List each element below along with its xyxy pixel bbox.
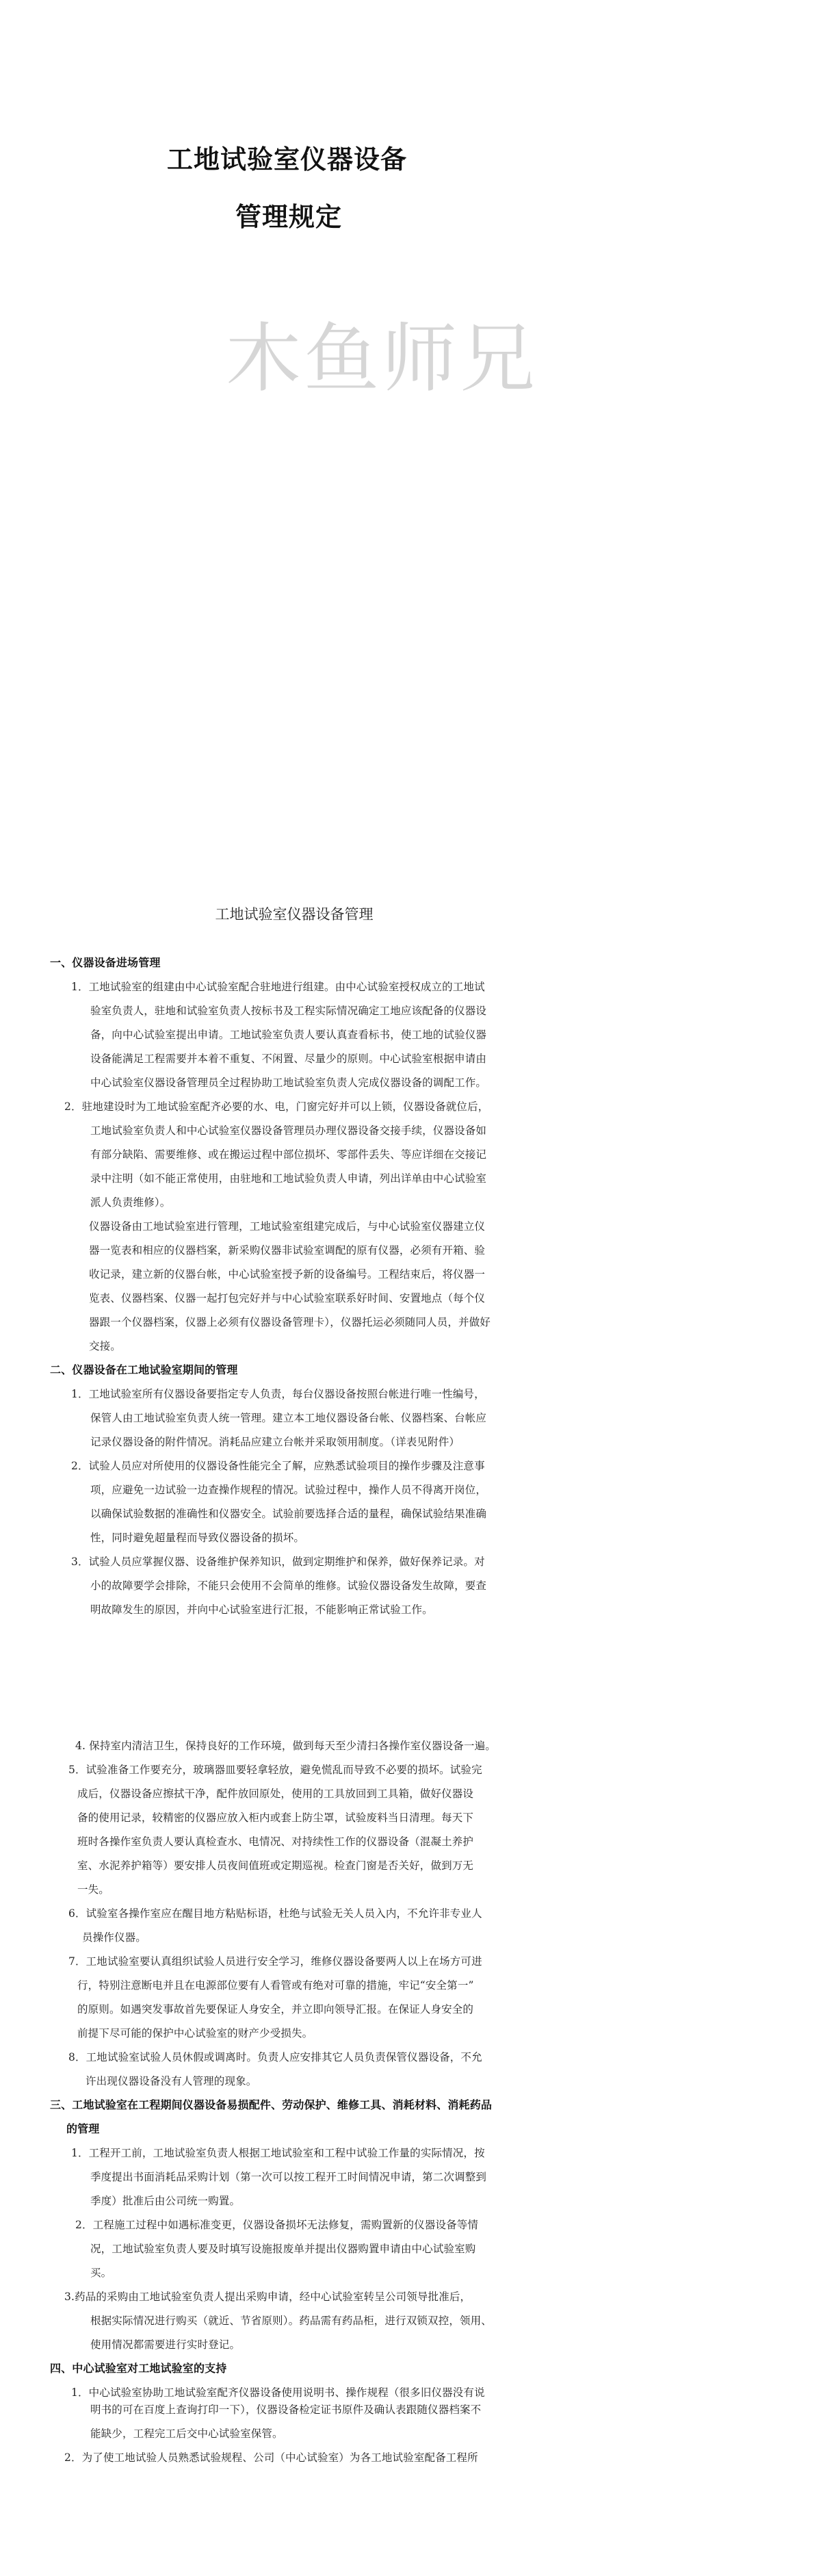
paragraph-line: 前提下尽可能的保护中心试验室的财产少受损失。 bbox=[77, 2026, 313, 2040]
paragraph-line: 器一览表和相应的仪器档案，新采购仪器非试验室调配的原有仪器，必须有开箱、验 bbox=[89, 1244, 485, 1257]
paragraph-line: 室、水泥养护箱等）要安排人员夜间值班或定期巡视。检查门窗是否关好，做到万无 bbox=[77, 1859, 473, 1872]
paragraph-line: 使用情况都需要进行实时登记。 bbox=[90, 2338, 240, 2352]
paragraph-line: 性，同时避免超量程而导致仪器设备的损坏。 bbox=[90, 1531, 304, 1545]
paragraph-line: 设备能满足工程需要并本着不重复、不闲置、尽量少的原则。中心试验室根据申请由 bbox=[90, 1052, 486, 1066]
paragraph-line: 行，特别注意断电并且在电源部位要有人看管或有绝对可靠的措施，牢记“安全第一” bbox=[77, 1979, 474, 1992]
paragraph-line: 有部分缺陷、需要维修、或在搬运过程中部位损坏、零部件丢失、等应详细在交接记 bbox=[90, 1148, 486, 1161]
paragraph-line: 收记录，建立新的仪器台帐，中心试验室授予新的设备编号。工程结束后，将仪器一 bbox=[89, 1267, 485, 1281]
paragraph-line: 2．工程施工过程中如遇标准变更，仪器设备损坏无法修复，需购置新的仪器设备等情 bbox=[75, 2218, 478, 2232]
paragraph-line: 季度）批准后由公司统一购置。 bbox=[90, 2194, 240, 2208]
paragraph-line: 3．试验人员应掌握仪器、设备维护保养知识，做到定期维护和保养，做好保养记录。对 bbox=[71, 1555, 485, 1569]
paragraph-line: 览表、仪器档案、仪器一起打包完好并与中心试验室联系好时间、安置地点（每个仪 bbox=[89, 1291, 485, 1305]
paragraph-line: 1．工地试验室所有仪器设备要指定专人负责，每台仪器设备按照台帐进行唯一性编号， bbox=[71, 1387, 485, 1401]
cover-title-line-1: 工地试验室仪器设备 bbox=[167, 138, 407, 176]
paragraph-line: 5．试验准备工作要充分，玻璃器皿要轻拿轻放，避免慌乱而导致不必要的损坏。试验完 bbox=[68, 1763, 482, 1777]
paragraph-line: 根据实际情况进行购买（就近、节省原则）。药品需有药品柜，进行双锁双控，领用、 bbox=[90, 2314, 492, 2328]
paragraph-line: 6．试验室各操作室应在醒目地方粘贴标语，杜绝与试验无关人员入内，不允许非专业人 bbox=[68, 1907, 482, 1920]
paragraph-line: 买。 bbox=[90, 2266, 112, 2280]
paragraph-line: 成后，仪器设备应擦拭干净，配件放回原处，使用的工具放回到工具箱，做好仪器设 bbox=[77, 1787, 473, 1801]
paragraph-line: 况，工地试验室负责人要及时填写设施报废单并提出仪器购置申请由中心试验室购 bbox=[90, 2242, 475, 2256]
document-title: 工地试验室仪器设备管理 bbox=[0, 903, 588, 924]
cover-title-line-2: 管理规定 bbox=[235, 196, 342, 233]
paragraph-line: 2．驻地建设时为工地试验室配齐必要的水、电，门窗完好并可以上锁，仪器设备就位后， bbox=[64, 1100, 488, 1113]
section-heading: 三、工地试验室在工程期间仪器设备易损配件、劳动保护、维修工具、消耗材料、消耗药品 bbox=[50, 2098, 492, 2112]
paragraph-line: 1．工程开工前，工地试验室负责人根据工地试验室和工程中试验工作量的实际情况，按 bbox=[71, 2146, 485, 2160]
paragraph-line: 明书的可在百度上查询打印一下），仪器设备检定证书原件及确认表跟随仪器档案不 bbox=[90, 2403, 481, 2417]
paragraph-line: 保管人由工地试验室负责人统一管理。建立本工地仪器设备台帐、仪器档案、台帐应 bbox=[90, 1411, 486, 1425]
paragraph-line: 录中注明（如不能正常使用，由驻地和工地试验负责人申请，列出详单由中心试验室 bbox=[90, 1172, 486, 1185]
paragraph-line: 4. 保持室内清洁卫生，保持良好的工作环境，做到每天至少清扫各操作室仪器设备一遍… bbox=[75, 1739, 496, 1753]
paragraph-line: 的原则。如遇突发事故首先要保证人身安全，并立即向领导汇报。在保证人身安全的 bbox=[77, 2002, 473, 2016]
section-heading: 四、中心试验室对工地试验室的支持 bbox=[50, 2362, 226, 2375]
paragraph-line: 1．工地试验室的组建由中心试验室配合驻地进行组建。由中心试验室授权成立的工地试 bbox=[71, 980, 485, 994]
paragraph-line: 以确保试验数据的准确性和仪器安全。试验前要选择合适的量程，确保试验结果准确 bbox=[90, 1507, 486, 1521]
paragraph-line: 器跟一个仪器档案，仪器上必须有仪器设备管理卡），仪器托运必须随同人员，并做好 bbox=[89, 1315, 491, 1329]
paragraph-line: 2．试验人员应对所使用的仪器设备性能完全了解，应熟悉试验项目的操作步骤及注意事 bbox=[71, 1459, 485, 1473]
paragraph-line: 记录仪器设备的附件情况。消耗品应建立台帐并采取领用制度。（详表见附件） bbox=[90, 1435, 460, 1449]
paragraph-line: 8．工地试验室试验人员休假或调离时。负责人应安排其它人员负责保管仪器设备，不允 bbox=[68, 2050, 482, 2064]
paragraph-line: 交接。 bbox=[89, 1339, 121, 1353]
paragraph-line: 1．中心试验室协助工地试验室配齐仪器设备使用说明书、操作规程（很多旧仪器没有说 bbox=[71, 2386, 485, 2399]
paragraph-line: 能缺少，工程完工后交中心试验室保管。 bbox=[90, 2427, 283, 2440]
paragraph-line: 7．工地试验室要认真组织试验人员进行安全学习，维修仪器设备要两人以上在场方可进 bbox=[68, 1955, 482, 1968]
paragraph-line: 许出现仪器设备没有人管理的现象。 bbox=[86, 2074, 257, 2088]
paragraph-line: 班时各操作室负责人要认真检查水、电情况、对持续性工作的仪器设备（混凝土养护 bbox=[77, 1835, 473, 1849]
section-heading: 二、仪器设备在工地试验室期间的管理 bbox=[50, 1363, 238, 1377]
paragraph-line: 季度提出书面消耗品采购计划（第一次可以按工程开工时间情况申请，第二次调整到 bbox=[90, 2170, 486, 2184]
paragraph-line: 备的使用记录，较精密的仪器应放入柜内或套上防尘罩，试验废料当日清理。每天下 bbox=[77, 1811, 473, 1825]
paragraph-line: 一失。 bbox=[77, 1883, 109, 1896]
paragraph-line: 备，向中心试验室提出申请。工地试验室负责人要认真查看标书，使工地的试验仪器 bbox=[90, 1028, 486, 1042]
section-heading: 一、仪器设备进场管理 bbox=[50, 956, 161, 970]
paragraph-line: 3.药品的采购由工地试验室负责人提出采购申请，经中心试验室转呈公司领导批准后， bbox=[64, 2290, 471, 2304]
watermark-text: 木鱼师兄 bbox=[226, 298, 538, 407]
paragraph-line: 仪器设备由工地试验室进行管理，工地试验室组建完成后，与中心试验室仪器建立仪 bbox=[89, 1220, 485, 1233]
paragraph-line: 中心试验室仪器设备管理员全过程协助工地试验室负责人完成仪器设备的调配工作。 bbox=[90, 1076, 486, 1090]
paragraph-line: 工地试验室负责人和中心试验室仪器设备管理员办理仪器设备交接手续，仪器设备如 bbox=[90, 1124, 486, 1137]
paragraph-line: 派人负责维修）。 bbox=[90, 1196, 170, 1209]
paragraph-line: 项，应避免一边试验一边查操作规程的情况。试验过程中，操作人员不得离开岗位， bbox=[90, 1483, 486, 1497]
paragraph-line: 2．为了使工地试验人员熟悉试验规程、公司（中心试验室）为各工地试验室配备工程所 bbox=[64, 2451, 478, 2464]
paragraph-line: 小的故障要学会排除，不能只会使用不会简单的维修。试验仪器设备发生故障，要查 bbox=[90, 1579, 486, 1593]
paragraph-line: 员操作仪器。 bbox=[82, 1931, 146, 1944]
paragraph-line: 验室负责人，驻地和试验室负责人按标书及工程实际情况确定工地应该配备的仪器设 bbox=[90, 1004, 486, 1018]
paragraph-line: 明故障发生的原因，并向中心试验室进行汇报，不能影响正常试验工作。 bbox=[90, 1603, 433, 1617]
section-heading: 的管理 bbox=[66, 2122, 99, 2136]
